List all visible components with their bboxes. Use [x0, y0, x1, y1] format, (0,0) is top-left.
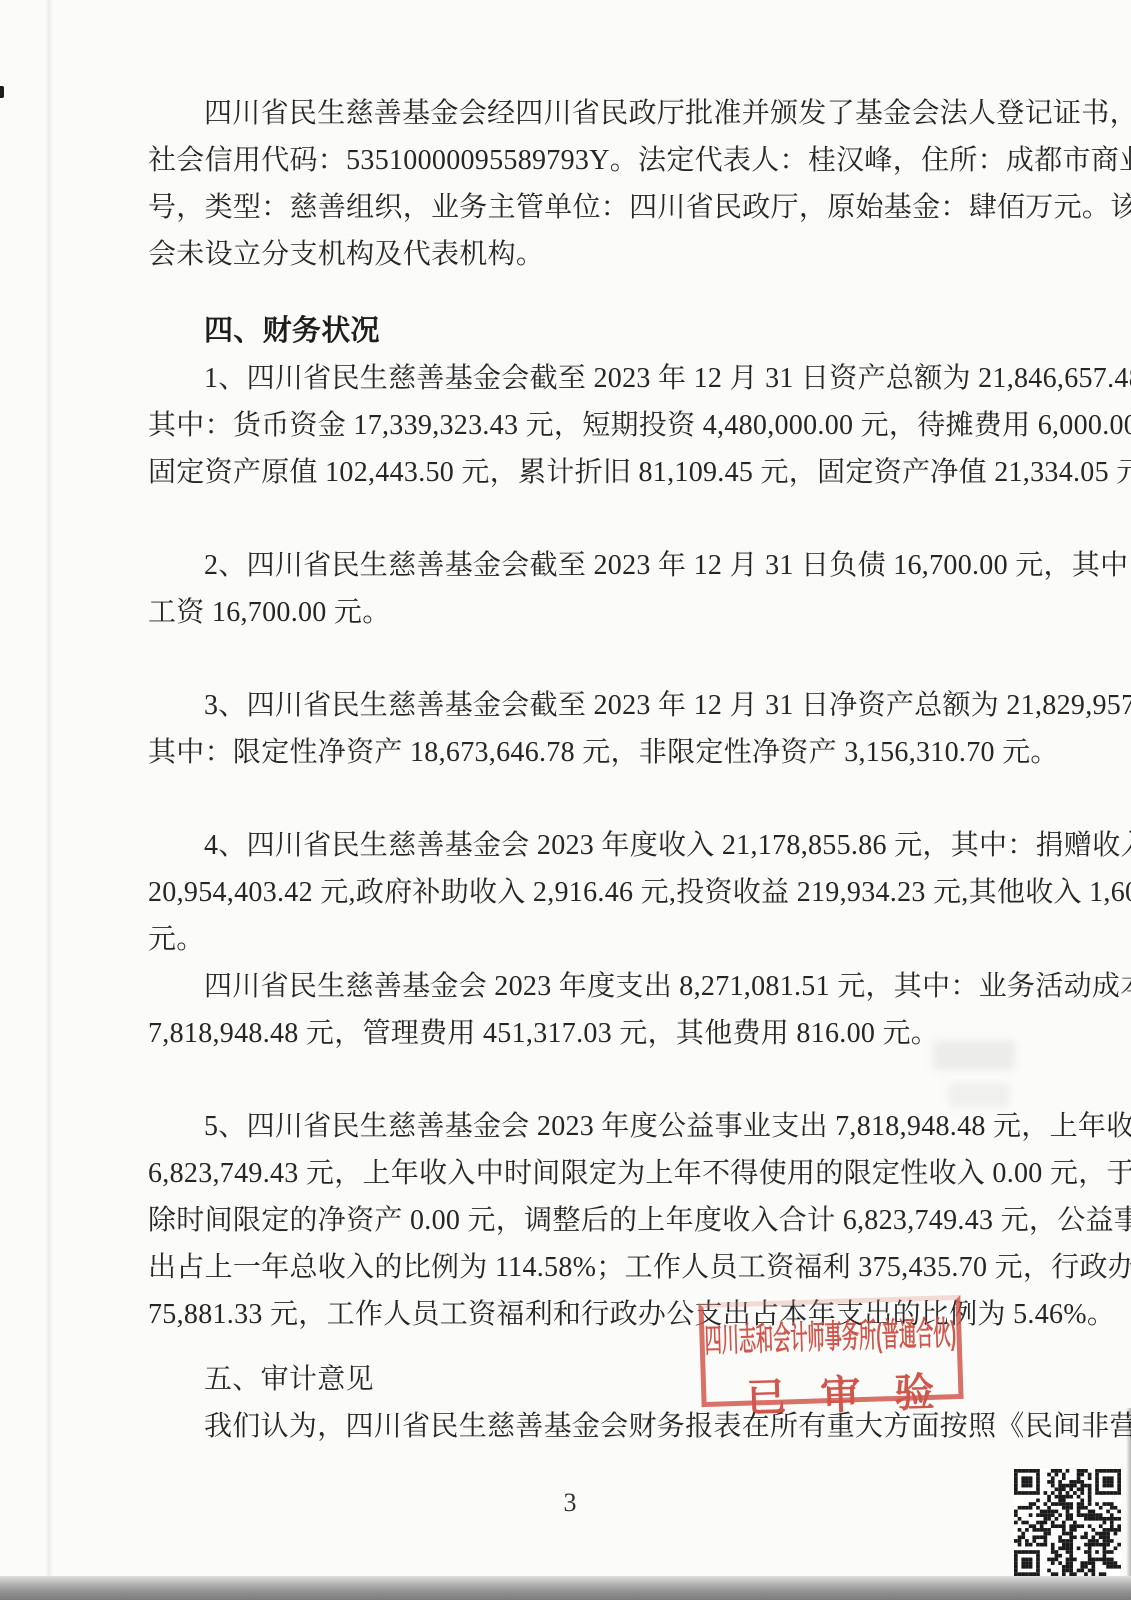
text-line: 6,823,749.43 元，上年收入中时间限定为上年不得使用的限定性收入 0.… — [148, 1150, 988, 1197]
text-line: 1、四川省民生慈善基金会截至 2023 年 12 月 31 日资产总额为 21,… — [148, 355, 988, 402]
text-line: 其中：限定性净资产 18,673,646.78 元，非限定性净资产 3,156,… — [148, 729, 988, 776]
paragraph: 四川省民生慈善基金会 2023 年度支出 8,271,081.51 元，其中：业… — [148, 963, 988, 1057]
paragraph: 2、四川省民生慈善基金会截至 2023 年 12 月 31 日负债 16,700… — [148, 542, 988, 636]
scan-edge-shadow — [1126, 1408, 1131, 1600]
scan-edge-mark — [0, 86, 4, 98]
text-line: 出占上一年总收入的比例为 114.58%；工作人员工资福利 375,435.70… — [148, 1244, 988, 1291]
scan-bottom-band — [0, 1576, 1131, 1600]
text-line: 工资 16,700.00 元。 — [148, 589, 988, 636]
text-line: 社会信用代码：53510000095589793Y。法定代表人：桂汉峰，住所：成… — [148, 137, 988, 184]
paragraph: 1、四川省民生慈善基金会截至 2023 年 12 月 31 日资产总额为 21,… — [148, 355, 988, 496]
paragraph: 3、四川省民生慈善基金会截至 2023 年 12 月 31 日净资产总额为 21… — [148, 682, 988, 776]
text-line: 5、四川省民生慈善基金会 2023 年度公益事业支出 7,818,948.48 … — [148, 1103, 988, 1150]
text-line: 固定资产原值 102,443.50 元，累计折旧 81,109.45 元，固定资… — [148, 449, 988, 496]
page-number: 3 — [540, 1488, 600, 1518]
stamp-firm-name: 四川志和会计师事务所(普通合伙) — [704, 1307, 957, 1362]
text-line: 号，类型：慈善组织，业务主管单位：四川省民政厅，原始基金：肆佰万元。该基金 — [148, 184, 988, 231]
text-line: 其中：货币资金 17,339,323.43 元，短期投资 4,480,000.0… — [148, 402, 988, 449]
text-line: 四、财务状况 — [148, 308, 988, 355]
paragraph: 四川省民生慈善基金会经四川省民政厅批准并颁发了基金会法人登记证书，统一社会信用代… — [148, 90, 988, 278]
text-line: 4、四川省民生慈善基金会 2023 年度收入 21,178,855.86 元，其… — [148, 822, 988, 869]
stamp-verified-text: 已审验 — [705, 1360, 959, 1425]
text-line: 四川省民生慈善基金会经四川省民政厅批准并颁发了基金会法人登记证书，统一 — [148, 90, 988, 137]
text-line: 四川省民生慈善基金会 2023 年度支出 8,271,081.51 元，其中：业… — [148, 963, 988, 1010]
text-line: 7,818,948.48 元，管理费用 451,317.03 元，其他费用 81… — [148, 1010, 988, 1057]
qr-code-icon — [1014, 1469, 1121, 1576]
text-line: 除时间限定的净资产 0.00 元，调整后的上年度收入合计 6,823,749.4… — [148, 1197, 988, 1244]
scan-fold-line — [45, 0, 53, 1600]
section-heading: 四、财务状况 — [148, 308, 988, 355]
text-line: 会未设立分支机构及代表机构。 — [148, 231, 988, 278]
paragraph: 4、四川省民生慈善基金会 2023 年度收入 21,178,855.86 元，其… — [148, 822, 988, 963]
audit-stamp: 四川志和会计师事务所(普通合伙) 已审验 — [698, 1295, 963, 1407]
text-line: 3、四川省民生慈善基金会截至 2023 年 12 月 31 日净资产总额为 21… — [148, 682, 988, 729]
text-line: 元。 — [148, 916, 988, 963]
text-line: 2、四川省民生慈善基金会截至 2023 年 12 月 31 日负债 16,700… — [148, 542, 988, 589]
document-page: 四川省民生慈善基金会经四川省民政厅批准并颁发了基金会法人登记证书，统一社会信用代… — [0, 0, 1131, 1600]
document-body: 四川省民生慈善基金会经四川省民政厅批准并颁发了基金会法人登记证书，统一社会信用代… — [148, 90, 988, 1450]
text-line: 20,954,403.42 元,政府补助收入 2,916.46 元,投资收益 2… — [148, 869, 988, 916]
